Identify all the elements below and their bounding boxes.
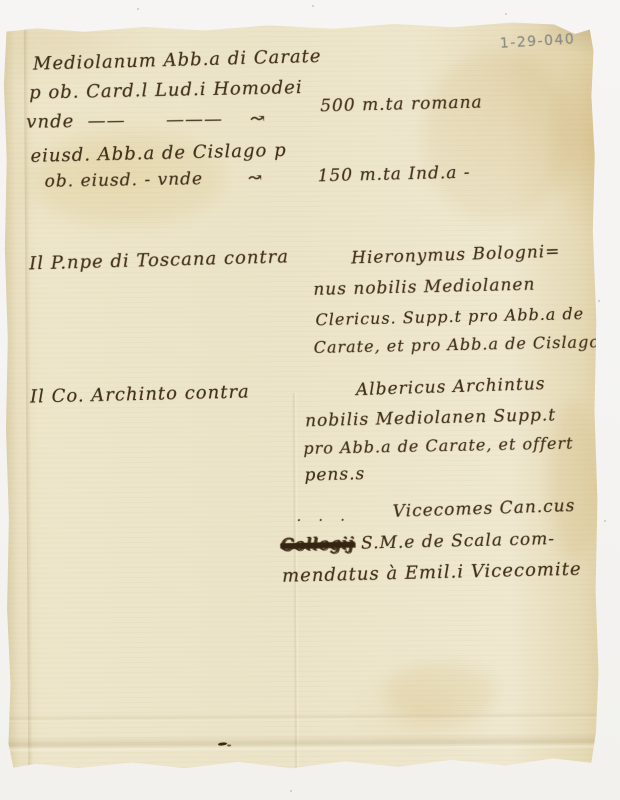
manuscript-line: pens.s bbox=[304, 464, 365, 485]
manuscript-line: p ob. Card.l Lud.i Homodei bbox=[29, 77, 303, 103]
manuscript-line: Albericus Archintus bbox=[356, 374, 546, 400]
manuscript-line: mendatus à Emil.i Vicecomite bbox=[282, 559, 582, 587]
manuscript-line: Hieronymus Bologni= bbox=[351, 242, 561, 269]
manuscript-line: Vicecomes Can.cus bbox=[392, 496, 575, 522]
amount-text: 150 m.ta Ind.a - bbox=[317, 163, 470, 187]
ink-speck bbox=[218, 742, 227, 746]
dust-speck bbox=[290, 790, 292, 792]
dust-speck bbox=[604, 520, 606, 522]
dust-speck bbox=[312, 5, 314, 7]
wrinkle-band-bottom bbox=[6, 733, 600, 753]
dust-speck bbox=[505, 13, 507, 15]
manuscript-line: Collegij S.M.e de Scala com- bbox=[281, 529, 556, 555]
age-stain bbox=[422, 51, 573, 222]
dust-speck bbox=[598, 300, 600, 302]
age-stain bbox=[386, 662, 496, 723]
archival-number: 1-29-040 bbox=[499, 31, 575, 51]
manuscript-line: eiusd. Abb.a de Cislago p bbox=[30, 140, 287, 167]
age-stain bbox=[549, 401, 600, 561]
manuscript-line: pro Abb.a de Carate, et offert bbox=[303, 433, 574, 457]
manuscript-line: Clericus. Supp.t pro Abb.a de bbox=[315, 304, 584, 329]
amount-text: 500 m.ta romana bbox=[320, 92, 483, 116]
ink-speck bbox=[227, 744, 231, 746]
scanned-document-page: 1-29-040 Mediolanum Abb.a di Carate p ob… bbox=[0, 0, 620, 800]
manuscript-line: ob. eiusd. - vnde ↝ bbox=[45, 168, 264, 192]
manuscript-line: nus nobilis Mediolanen bbox=[313, 275, 536, 300]
wrinkle-band-minor bbox=[6, 711, 600, 723]
manuscript-paper: 1-29-040 Mediolanum Abb.a di Carate p ob… bbox=[2, 21, 601, 774]
case-title: Il P.npe di Toscana contra bbox=[29, 246, 289, 274]
manuscript-line: vnde —— ——— ↝ bbox=[26, 108, 266, 133]
crossed-out-word: Collegij bbox=[281, 534, 355, 556]
fold-crease-left bbox=[2, 25, 29, 774]
manuscript-line: Mediolanum Abb.a di Carate bbox=[33, 46, 322, 75]
manuscript-line-rest: S.M.e de Scala com- bbox=[354, 529, 555, 554]
dust-speck bbox=[137, 8, 139, 10]
manuscript-line: nobilis Mediolanen Supp.t bbox=[305, 405, 556, 431]
ink-dots: . . . bbox=[297, 509, 346, 525]
manuscript-line: Carate, et pro Abb.a de Cislago bbox=[314, 332, 601, 357]
case-title: Il Co. Archinto contra bbox=[30, 381, 250, 407]
